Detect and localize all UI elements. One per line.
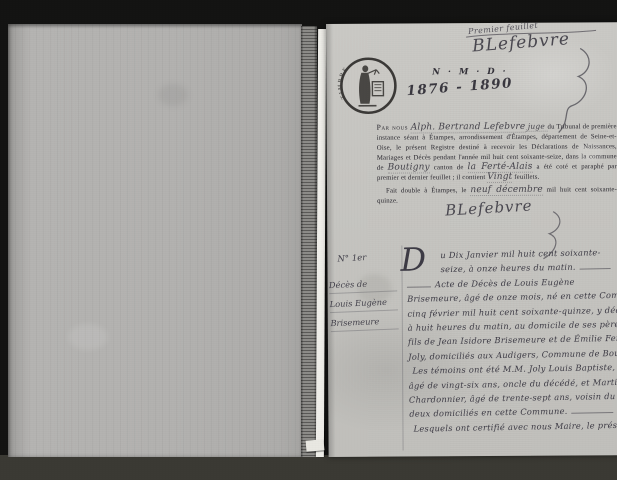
scanned-register-page: TIMBRE Premier feuillet BLefebvre N · M … xyxy=(0,0,617,480)
timbre-stamp-icon: TIMBRE xyxy=(336,54,400,118)
printed-formula: Par nous Alph. Bertrand Lefebvre juge du… xyxy=(377,121,617,207)
sheet-count-handwritten: Vingt xyxy=(487,171,512,182)
year-range: 1876 - 1890 xyxy=(406,75,514,99)
stamp-label: TIMBRE xyxy=(337,66,350,100)
formula-segment: Par nous xyxy=(377,122,411,131)
formula-segment: feuillets. xyxy=(512,173,539,180)
judge-title-handwritten: juge xyxy=(525,122,547,132)
margin-line: Brisemeure xyxy=(330,312,399,332)
closing-segment: Fait double à Étampes, le xyxy=(386,188,470,196)
stain xyxy=(68,324,108,350)
commune-handwritten: Boutigny xyxy=(388,162,430,173)
act-number: N° 1er xyxy=(337,253,366,265)
judge-signature: BLefebvre xyxy=(445,196,533,219)
judge-name-handwritten: Alph. Bertrand Lefebvre xyxy=(411,122,526,134)
stain xyxy=(158,84,188,106)
svg-text:TIMBRE: TIMBRE xyxy=(337,66,350,100)
cover-texture xyxy=(8,24,302,457)
stain xyxy=(577,142,603,162)
page-edge-sliver xyxy=(316,29,326,457)
register-page: TIMBRE Premier feuillet BLefebvre N · M … xyxy=(326,22,617,457)
formula-segment: canton de xyxy=(430,164,468,171)
act-body: Du Dix Janvier mil huit cent soixante- s… xyxy=(406,245,615,436)
stain xyxy=(358,274,392,304)
act-line: Lesquels ont certifié avec nous Maire, l… xyxy=(409,418,615,436)
book-inside-cover xyxy=(8,24,302,457)
binding-strip xyxy=(301,26,317,457)
date-handwritten: neuf décembre xyxy=(470,185,542,196)
torn-paper-bit xyxy=(306,439,325,452)
